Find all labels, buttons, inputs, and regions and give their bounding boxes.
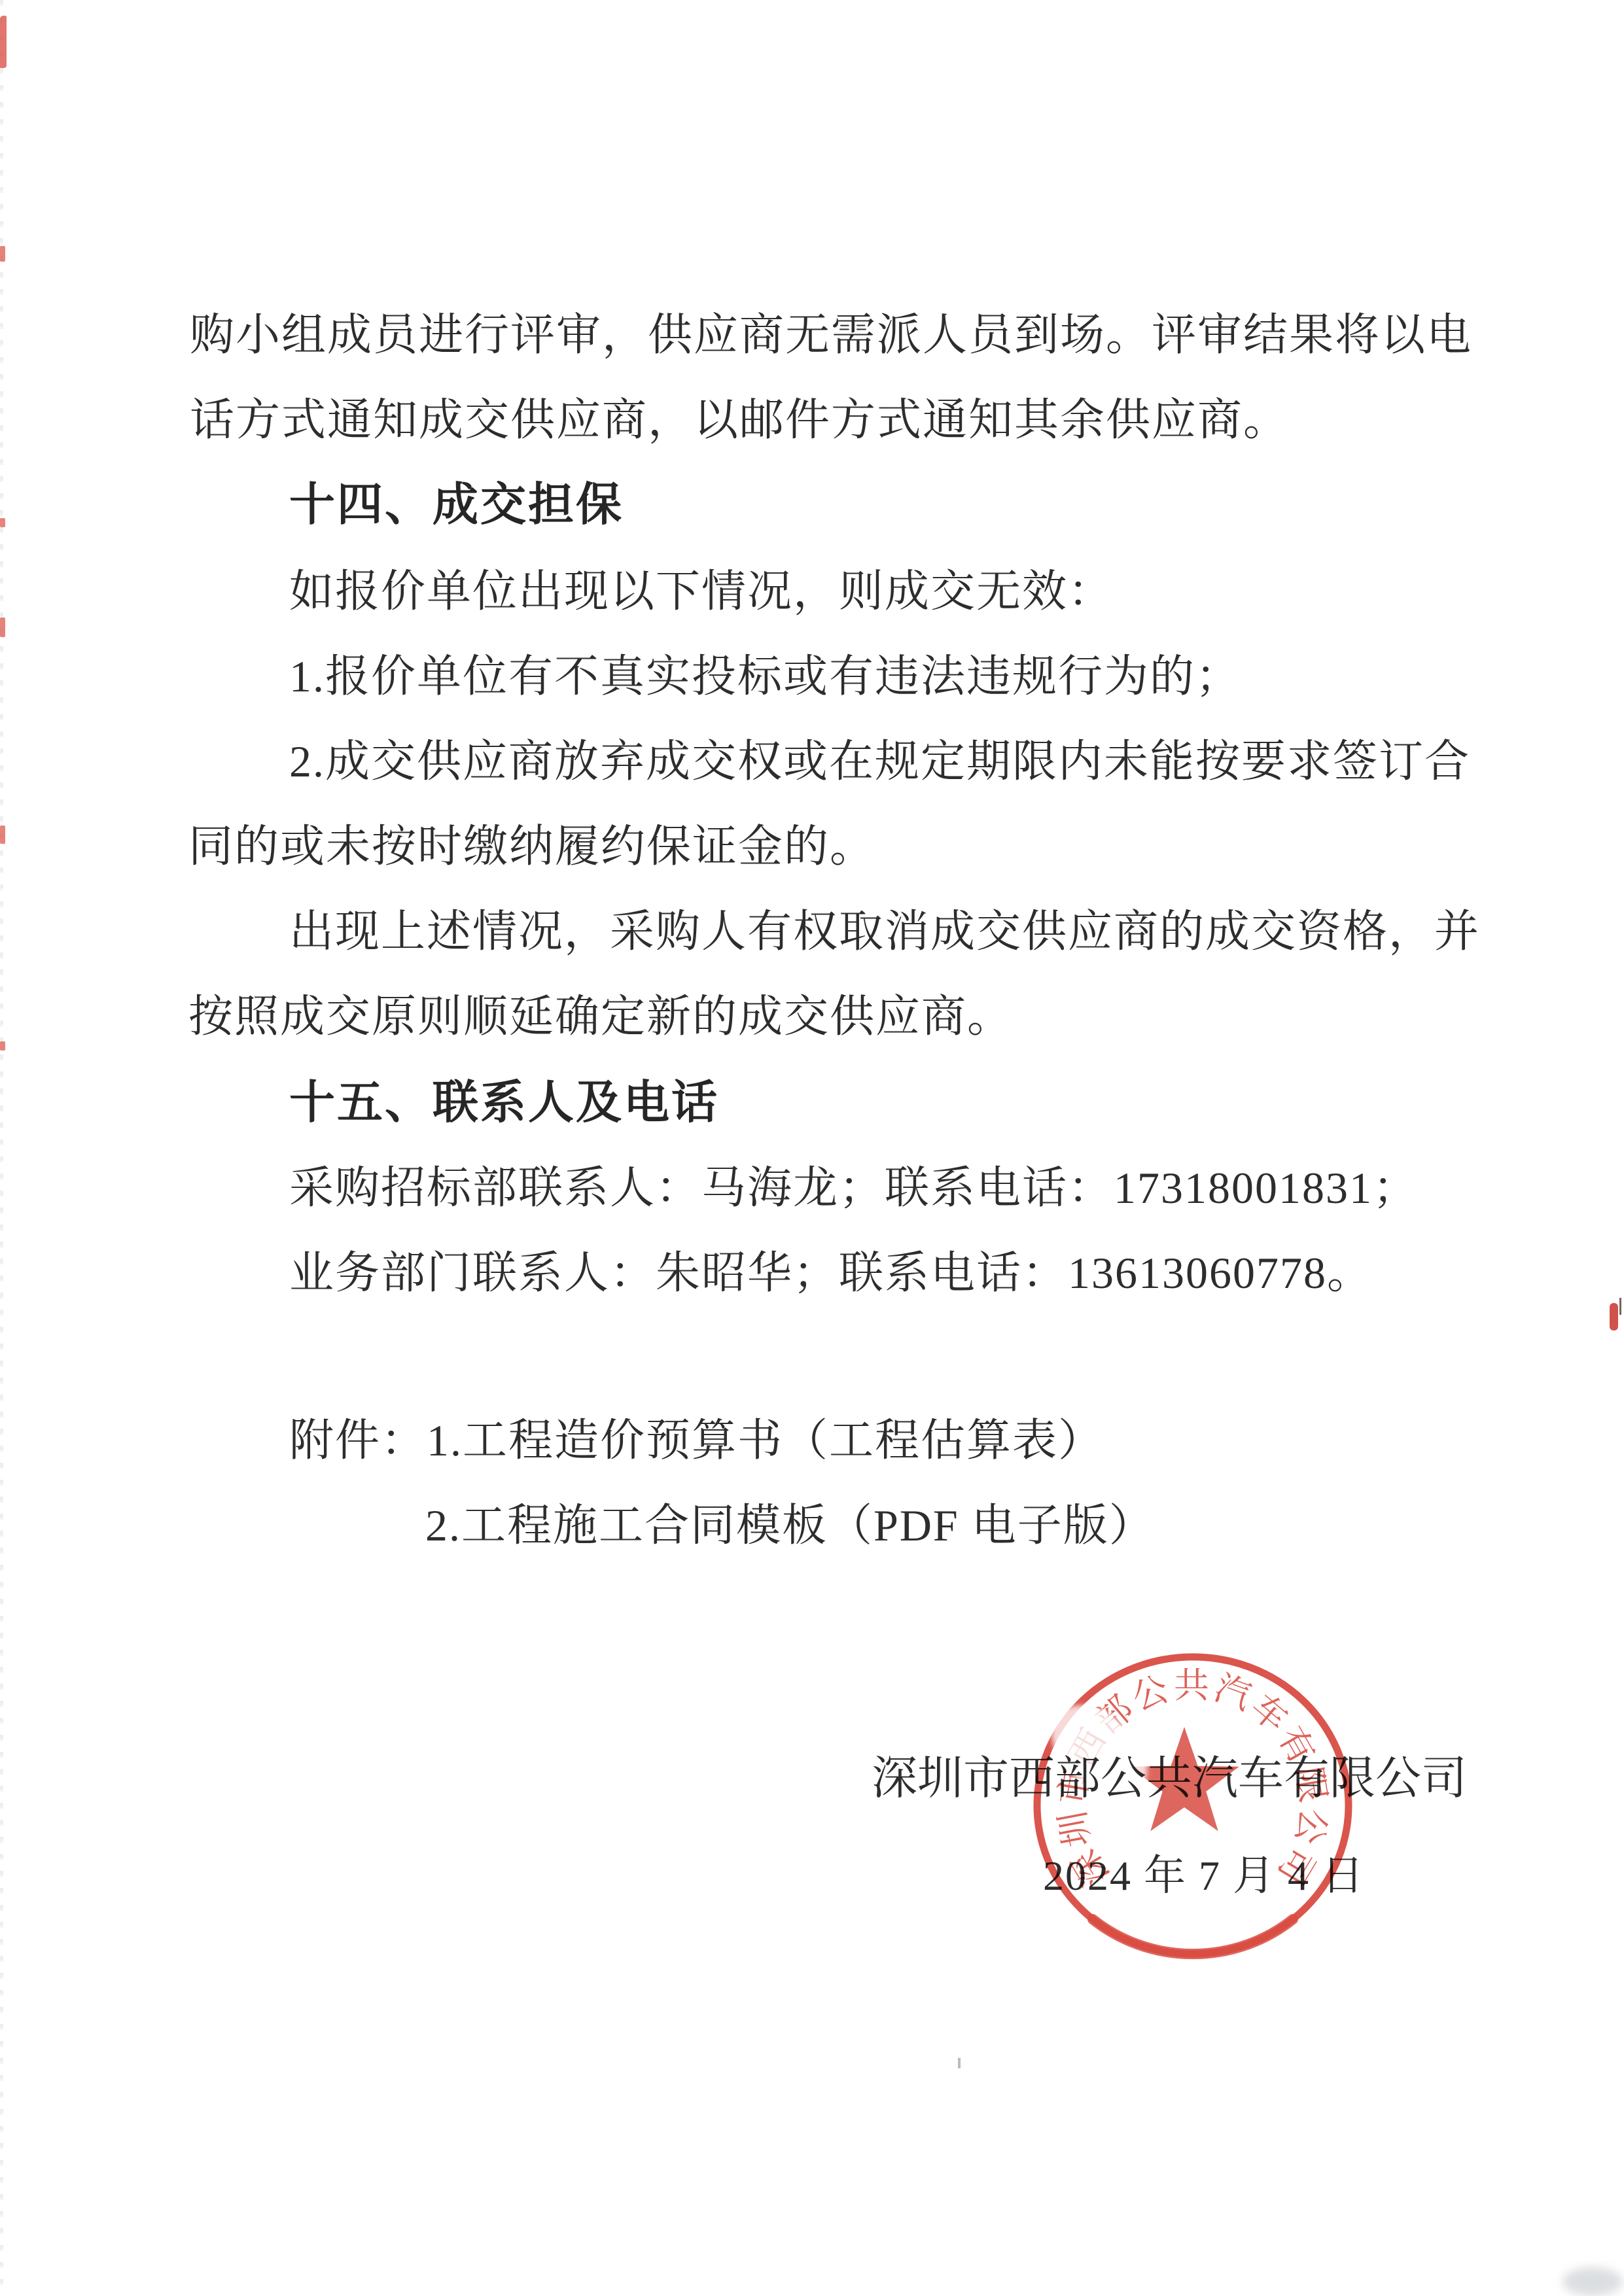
list-item-2-continuation: 同的或未按时缴纳履约保证金的。 <box>188 824 875 869</box>
scan-artifact <box>0 617 5 637</box>
list-item-1: 1.报价单位有不真实投标或有违法违规行为的； <box>289 654 1241 699</box>
attachment-line-2: 2.工程施工合同模板（PDF 电子版） <box>425 1503 1155 1548</box>
body-line-1: 购小组成员进行评审，供应商无需派人员到场。评审结果将以电 <box>190 313 1472 357</box>
scan-artifact-smudge <box>1562 2267 1623 2296</box>
body-line-9: 按照成交原则顺延确定新的成交供应商。 <box>188 994 1013 1039</box>
scan-artifact-dot <box>958 2058 961 2068</box>
seal-ring-smudge <box>1093 1919 1293 1954</box>
attachment-line-1: 附件：1.工程造价预算书（工程估算表） <box>289 1418 1104 1463</box>
scan-artifact-tick <box>1619 1298 1621 1315</box>
list-item-2: 2.成交供应商放弃成交权或在规定期限内未能按要求签订合 <box>289 739 1470 784</box>
scan-artifact <box>0 246 5 262</box>
section-heading-14: 十四、成交担保 <box>289 481 624 527</box>
contact-line-procurement: 采购招标部联系人：马海龙；联系电话：17318001831； <box>289 1166 1419 1210</box>
scan-artifact <box>0 1041 5 1051</box>
body-line-4: 如报价单位出现以下情况，则成交无效： <box>289 569 1114 614</box>
contact-line-business: 业务部门联系人：朱昭华；联系电话：13613060778。 <box>289 1251 1373 1295</box>
signature-date: 2024 年 7 月 4 日 <box>1043 1842 1365 1902</box>
scan-artifact-red-blob <box>1610 1303 1618 1331</box>
body-line-2: 话方式通知成交供应商，以邮件方式通知其余供应商。 <box>190 398 1289 442</box>
scan-artifact <box>0 518 5 527</box>
scan-artifact <box>0 826 5 844</box>
section-heading-15: 十五、联系人及电话 <box>289 1079 719 1125</box>
scan-noise-strip <box>0 0 3 2296</box>
scanned-document-page: 购小组成员进行评审，供应商无需派人员到场。评审结果将以电 话方式通知成交供应商，… <box>0 0 1624 2296</box>
signature-company: 深圳市西部公共汽车有限公司 <box>872 1741 1467 1807</box>
body-line-8: 出现上述情况，采购人有权取消成交供应商的成交资格，并 <box>289 909 1480 954</box>
scan-artifact <box>0 16 7 68</box>
